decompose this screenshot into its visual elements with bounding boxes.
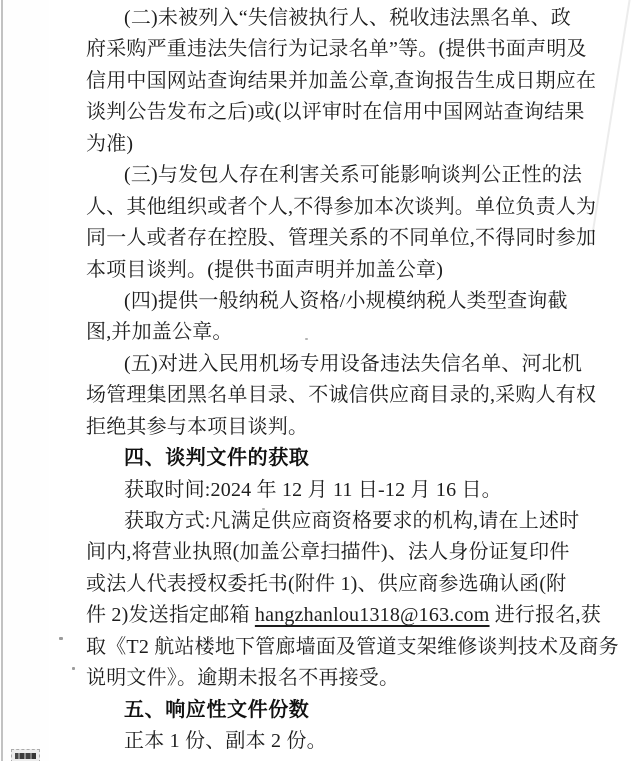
doc-line: 取《T2 航站楼地下管廊墙面及管道支架维修谈判技术及商务 xyxy=(86,632,578,663)
doc-line: 间内,将营业执照(加盖公章扫描件)、法人身份证复印件 xyxy=(86,537,578,568)
section-heading-5: 五、响应性文件份数 xyxy=(86,695,578,726)
doc-line: (五)对进入民用机场专用设备违法失信名单、河北机 xyxy=(86,349,578,380)
doc-line: 拒绝其参与本项目谈判。 xyxy=(86,412,578,443)
scan-edge-line xyxy=(1,0,3,761)
doc-line: 谈判公告发布之后)或(以评审时在信用中国网站查询结果 xyxy=(86,97,578,128)
scan-streak-artifact xyxy=(591,0,632,235)
doc-line: 同一人或者存在控股、管理关系的不同单位,不得同时参加 xyxy=(86,223,578,254)
doc-line: (四)提供一般纳税人资格/小规模纳税人类型查询截 xyxy=(86,286,578,317)
email-line-pre: 件 2)发送指定邮箱 xyxy=(86,604,255,626)
doc-line: (三)与发包人存在利害关系可能影响谈判公正性的法 xyxy=(86,160,578,191)
doc-line: (二)未被列入“失信被执行人、税收违法黑名单、政 xyxy=(86,3,578,34)
scan-speck xyxy=(262,508,265,510)
section-heading-4: 四、谈判文件的获取 xyxy=(86,443,578,474)
scanned-document-page: (二)未被列入“失信被执行人、税收违法黑名单、政 府采购严重违法失信行为记录名单… xyxy=(0,0,635,761)
doc-line-with-email: 件 2)发送指定邮箱 hangzhanlou1318@163.com 进行报名,… xyxy=(86,600,578,631)
document-body: (二)未被列入“失信被执行人、税收违法黑名单、政 府采购严重违法失信行为记录名单… xyxy=(86,3,578,758)
artifact-ink-marks xyxy=(15,753,36,759)
scan-speck xyxy=(59,637,63,640)
scan-margin-strip xyxy=(3,0,49,761)
scan-speck xyxy=(72,667,75,670)
doc-line: 说明文件》。逾期未报名不再接受。 xyxy=(86,663,578,694)
corner-clipping-artifact xyxy=(11,749,40,761)
doc-line: 或法人代表授权委托书(附件 1)、供应商参选确认函(附 xyxy=(86,569,578,600)
doc-line: 获取时间:2024 年 12 月 11 日-12 月 16 日。 xyxy=(86,475,578,506)
doc-line: 本项目谈判。(提供书面声明并加盖公章) xyxy=(86,255,578,286)
email-address: hangzhanlou1318@163.com xyxy=(255,604,490,626)
doc-line: 信用中国网站查询结果并加盖公章,查询报告生成日期应在 xyxy=(86,66,578,97)
doc-line: 场管理集团黑名单目录、不诚信供应商目录的,采购人有权 xyxy=(86,380,578,411)
doc-line: 图,并加盖公章。 xyxy=(86,317,578,348)
doc-line: 获取方式:凡满足供应商资格要求的机构,请在上述时 xyxy=(86,506,578,537)
scan-speck xyxy=(305,338,308,340)
doc-line: 正本 1 份、副本 2 份。 xyxy=(86,726,578,757)
doc-line: 府采购严重违法失信行为记录名单”等。(提供书面声明及 xyxy=(86,34,578,65)
doc-line: 人、其他组织或者个人,不得参加本次谈判。单位负责人为 xyxy=(86,192,578,223)
doc-line: 为准) xyxy=(86,129,578,160)
email-line-post: 进行报名,获 xyxy=(490,604,601,626)
